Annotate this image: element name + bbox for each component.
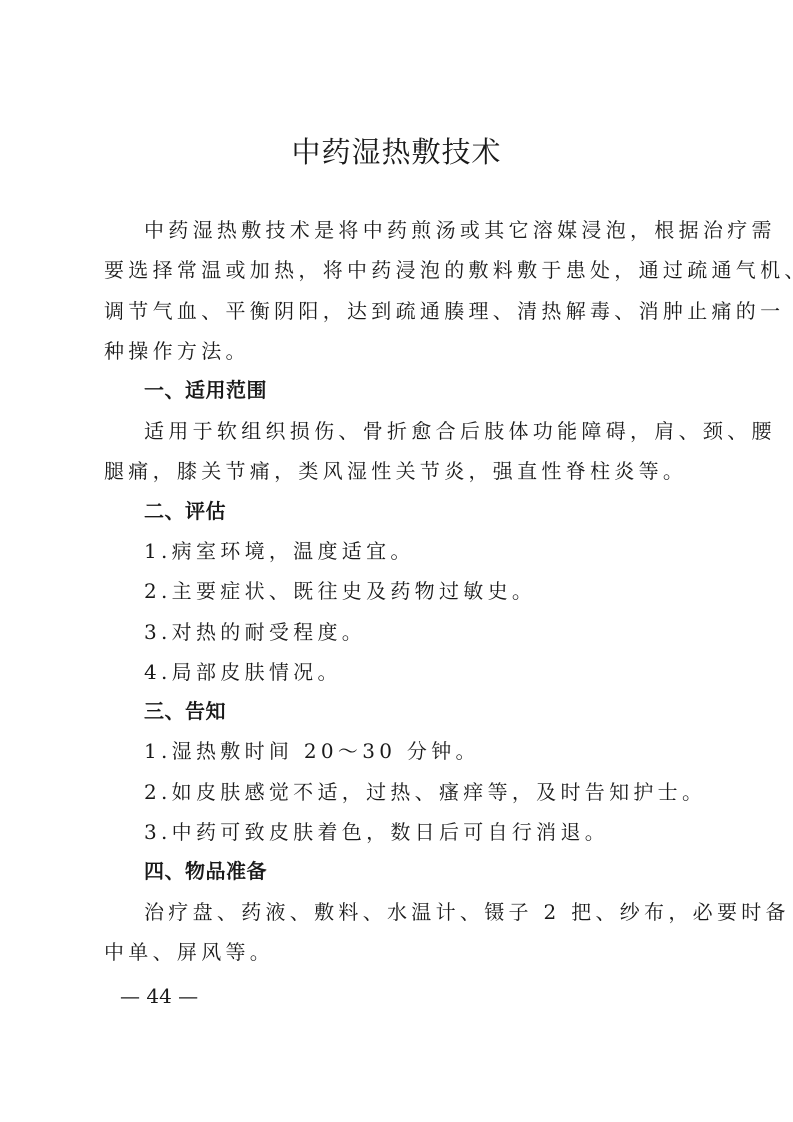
intro-line: 种操作方法。 [104,337,694,365]
intro-line: 调节气血、平衡阴阳，达到疏通腠理、清热解毒、消肿止痛的一 [104,297,694,325]
assessment-item: 1.病室环境，温度适宜。 [144,537,734,565]
section-heading-notice: 三、告知 [144,697,734,725]
supplies-line: 中单、屏风等。 [104,938,694,966]
supplies-line: 治疗盘、药液、敷料、水温计、镊子 2 把、纱布，必要时备 [144,898,734,926]
document-title: 中药湿热敷技术 [0,130,793,171]
assessment-item: 4.局部皮肤情况。 [144,658,734,686]
scope-line: 适用于软组织损伤、骨折愈合后肢体功能障碍，肩、颈、腰 [144,417,734,445]
notice-item: 3.中药可致皮肤着色，数日后可自行消退。 [144,818,734,846]
section-heading-assessment: 二、评估 [144,497,734,525]
section-heading-supplies: 四、物品准备 [144,857,734,885]
scope-line: 腿痛，膝关节痛，类风湿性关节炎，强直性脊柱炎等。 [104,457,694,485]
intro-line: 中药湿热敷技术是将中药煎汤或其它溶媒浸泡，根据治疗需 [144,216,734,244]
notice-item: 2.如皮肤感觉不适，过热、瘙痒等，及时告知护士。 [144,778,734,806]
intro-line: 要选择常温或加热，将中药浸泡的敷料敷于患处，通过疏通气机、 [104,256,694,284]
page-number: — 44 — [120,984,198,1008]
assessment-item: 3.对热的耐受程度。 [144,618,734,646]
section-heading-scope: 一、适用范围 [144,376,734,404]
notice-item: 1.湿热敷时间 20～30 分钟。 [144,737,734,765]
assessment-item: 2.主要症状、既往史及药物过敏史。 [144,577,734,605]
